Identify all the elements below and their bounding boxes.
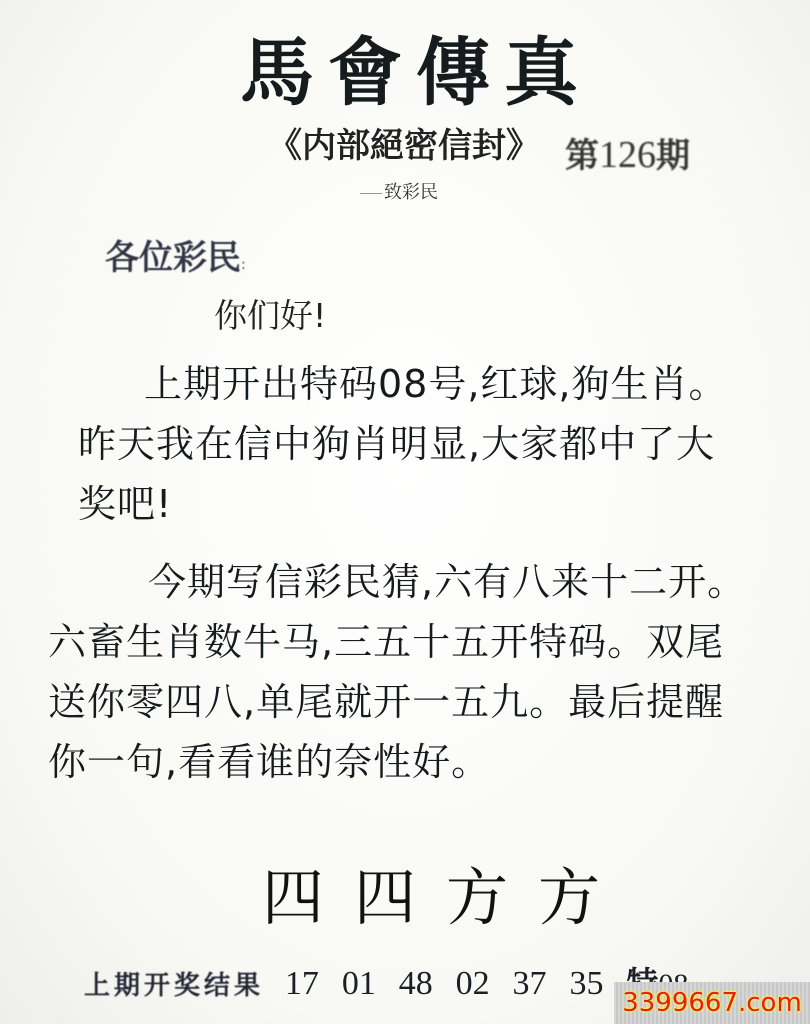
paragraph-line: 奖吧! [78,474,798,534]
issue-value: 126 [599,134,656,176]
salutation: 各位彩民: [105,230,246,279]
result-number: 48 [399,965,433,1002]
results-label: 上期开奖结果 [84,971,264,1001]
paragraph-line: 你一句,看看谁的奈性好。 [48,732,768,792]
paragraph-line: 六畜生肖数牛马,三五十五开特码。双尾 [48,612,768,672]
last-results: 上期开奖结果 17 01 48 02 37 35 特08 [84,958,688,1004]
result-number: 35 [569,965,603,1002]
paragraph-line: 送你零四八,单尾就开一五九。最后提醒 [48,672,768,732]
fax-letter-page: 馬會傳真 《内部絕密信封》 第126期 致彩民 各位彩民: 你们好! 上期开出特… [0,0,810,1024]
paragraph-line: 昨天我在信中狗肖明显,大家都中了大 [78,414,798,474]
result-number: 37 [513,965,547,1002]
salutation-text: 各位彩民 [105,238,241,278]
signature-dash [360,193,382,194]
paragraph-line: 上期开出特码08号,红球,狗生肖。 [78,354,798,414]
issue-prefix: 第 [565,136,599,176]
signature-text: 致彩民 [384,182,438,203]
result-number: 02 [456,965,490,1002]
riddle-answer: 四四方方 [262,848,630,937]
salutation-colon: : [241,257,246,273]
paragraph-riddle: 今期写信彩民猜,六有八来十二开。 六畜生肖数牛马,三五十五开特码。双尾 送你零四… [48,552,768,792]
letter-subtitle: 《内部絕密信封》 [268,118,540,167]
issue-number: 第126期 [565,128,690,177]
paragraph-line: 今期写信彩民猜,六有八来十二开。 [48,552,768,612]
greeting: 你们好! [214,290,326,337]
result-number: 01 [342,965,376,1002]
issue-suffix: 期 [656,136,690,176]
signature: 致彩民 [360,178,438,204]
watermark: 3399667.com [614,982,810,1024]
watermark-text: 3399667.com [622,988,802,1018]
result-number: 17 [285,965,319,1002]
paragraph-last-result: 上期开出特码08号,红球,狗生肖。 昨天我在信中狗肖明显,大家都中了大 奖吧! [78,354,798,534]
page-title: 馬會傳真 [240,14,600,120]
